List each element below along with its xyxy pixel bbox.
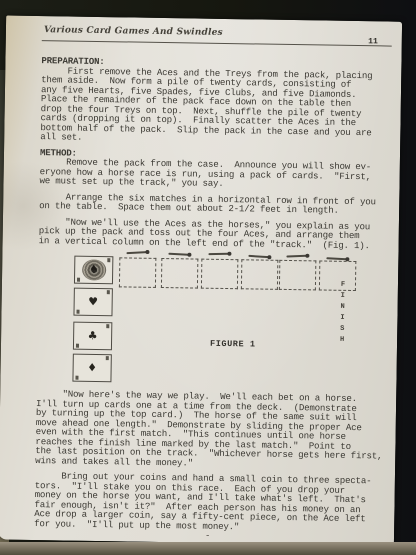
book-photo: Various Card Games And Swindles 11 PREPA… (0, 0, 416, 555)
method-paragraph-1: Remove the pack from the case. Announce … (39, 157, 393, 191)
card-index-mark (75, 376, 78, 380)
card-index-mark (107, 290, 110, 294)
running-head: Various Card Games And Swindles (44, 25, 223, 38)
track-space-box (201, 259, 238, 290)
track-space-box (241, 259, 278, 290)
ace-of-spades-card: ♠ (74, 256, 113, 285)
track-space-box (119, 257, 156, 288)
method-paragraph-2: Arrange the six matches in a horizontal … (39, 192, 393, 217)
table-edge (0, 542, 416, 555)
heart-icon: ♥ (88, 296, 98, 307)
play-paragraph-1: "Now here's the way we play. We'll each … (35, 389, 390, 471)
card-index-mark (76, 344, 79, 348)
match-icon (286, 255, 307, 258)
club-icon: ♣ (88, 330, 98, 341)
track-space-box (279, 260, 316, 291)
ace-of-hearts-card: ♥ (73, 288, 112, 317)
page-number: 11 (368, 37, 378, 46)
card-index-mark (106, 356, 109, 360)
footer-mark: - (205, 533, 388, 542)
diamond-icon: ♦ (87, 362, 97, 373)
page-header: Various Card Games And Swindles 11 (42, 25, 392, 46)
card-index-mark (77, 278, 80, 282)
track-space-box (161, 258, 198, 289)
book-page: Various Card Games And Swindles 11 PREPA… (0, 16, 402, 546)
match-icon (248, 255, 269, 258)
figure-1: ♠ ♥ ♣ ♦ (36, 249, 392, 395)
play-paragraph-2: Bring out your coins and hand a small co… (34, 471, 389, 534)
match-icon (126, 251, 147, 254)
spade-icon: ♠ (90, 265, 98, 274)
match-icon (168, 253, 189, 256)
preparation-text: First remove the Aces and the Treys from… (40, 66, 395, 148)
card-index-mark (106, 324, 109, 328)
match-icon (208, 253, 229, 255)
method-paragraph-3: "Now we'll use the Aces as the horses," … (39, 217, 393, 251)
ace-of-diamonds-card: ♦ (72, 354, 111, 383)
figure-caption: FIGURE 1 (210, 339, 256, 350)
card-index-mark (76, 310, 79, 314)
ace-of-clubs-card: ♣ (73, 322, 112, 351)
card-index-mark (107, 258, 110, 262)
finish-label: F I N I S H (337, 280, 348, 346)
